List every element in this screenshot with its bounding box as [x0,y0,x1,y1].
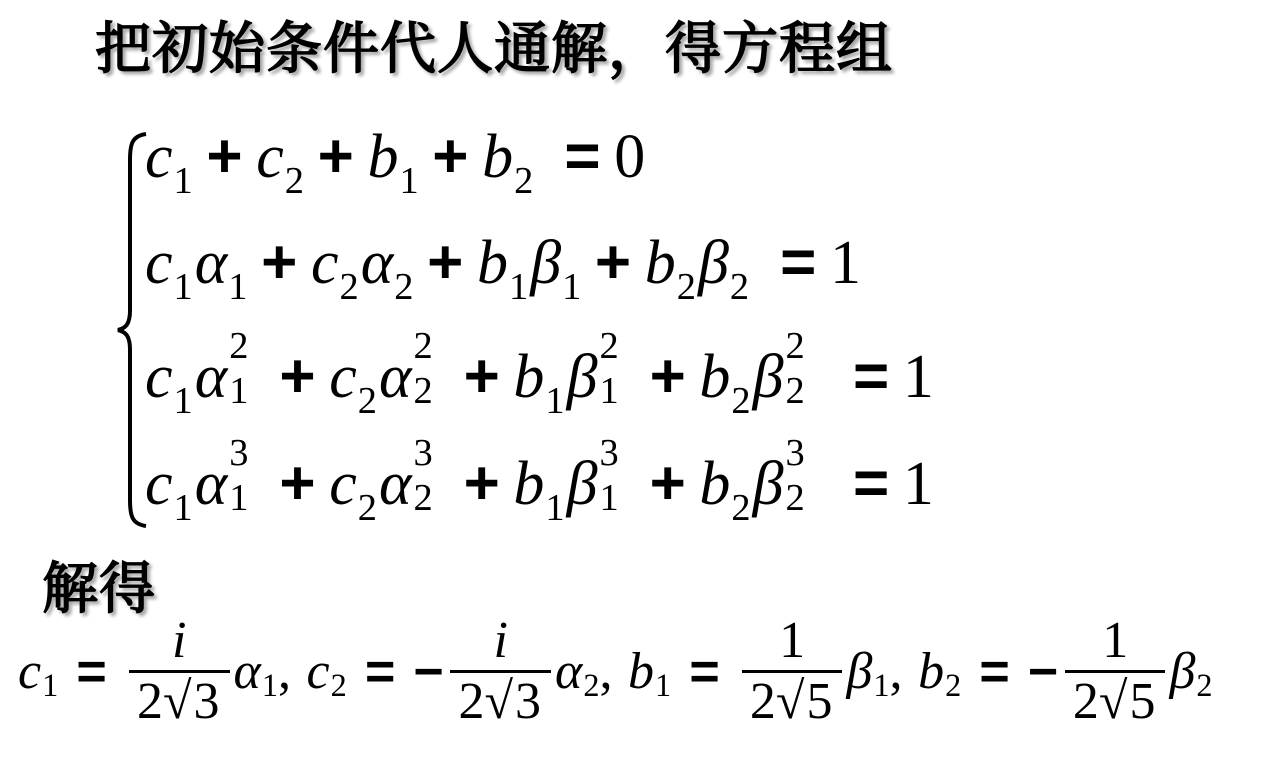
plus-sign: + [464,449,500,518]
equals-sign: = [780,228,816,297]
equals-sign: = [564,122,600,191]
plus-sign: + [206,122,242,191]
fraction: 12√5 [742,612,843,731]
plus-sign: + [261,228,297,297]
heading-text: 把初始条件代人通解，得方程组 [95,12,893,88]
plus-sign: + [595,228,631,297]
solution-term: c2=−i2√3α2, [307,612,629,731]
solution-term: b1=12√5β1, [628,612,918,731]
solution-term: b2=−12√5β2 [918,612,1212,731]
plus-sign: + [279,449,315,518]
plus-sign: + [432,122,468,191]
solution-line: c1=i2√3α1,c2=−i2√3α2,b1=12√5β1,b2=−12√5β… [18,612,1213,731]
plus-sign: + [650,449,686,518]
equals-sign: = [853,342,889,411]
plus-sign: + [318,122,354,191]
plus-sign: + [464,342,500,411]
solution-term: c1=i2√3α1, [18,612,307,731]
equation-row: c1α31+c2α32+b1β31+b2β32=1 [145,442,934,527]
equation-row: c1α1+c2α2+b1β1+b2β2=1 [145,228,861,306]
equals-sign: = [853,449,889,518]
fraction: 12√5 [1065,612,1166,731]
plus-sign: + [427,228,463,297]
fraction: i2√3 [129,612,230,731]
plus-sign: + [279,342,315,411]
equation-row: c1+c2+b1+b2=0 [145,122,645,200]
plus-sign: + [650,342,686,411]
fraction: i2√3 [450,612,551,731]
equation-row: c1α21+c2α22+b1β21+b2β22=1 [145,335,934,420]
